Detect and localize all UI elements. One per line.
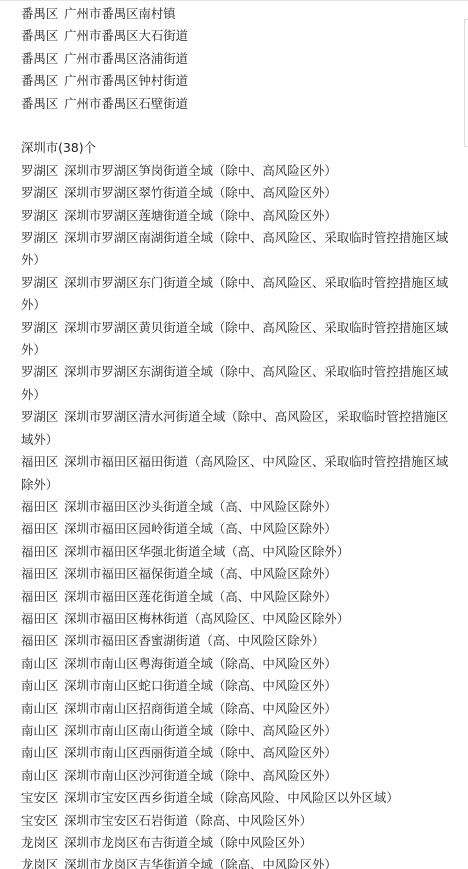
area-text: 深圳市福田区梅林街道（高风险区、中风险区除外）: [64, 611, 349, 626]
district-label: 番禺区: [21, 6, 58, 21]
district-label: 南山区: [21, 768, 58, 783]
district-label: 罗湖区: [21, 409, 58, 424]
list-item: 福田区深圳市福田区莲花街道全域（高、中风险区除外）: [21, 586, 451, 608]
list-item: 福田区深圳市福田区梅林街道（高风险区、中风险区除外）: [21, 608, 451, 630]
list-item: 南山区深圳市南山区招商街道全域（除高、中风险区外）: [21, 698, 451, 720]
area-text: 深圳市罗湖区东湖街道全域（除中、高风险区、采取临时管控措施区域外）: [21, 364, 448, 401]
district-label: 罗湖区: [21, 163, 58, 178]
district-label: 南山区: [21, 701, 58, 716]
list-item: 南山区深圳市南山区沙河街道全域（除中、高风险区外）: [21, 765, 451, 787]
district-label: 南山区: [21, 723, 58, 738]
area-text: 深圳市福田区园岭街道全域（高、中风险区除外）: [64, 521, 337, 536]
list-item: 罗湖区深圳市罗湖区翠竹街道全域（除中、高风险区外）: [21, 182, 451, 204]
area-text: 深圳市福田区华强北街道全域（高、中风险区除外）: [64, 544, 349, 559]
area-text: 深圳市南山区蛇口街道全域（除高、中风险区外）: [64, 678, 337, 693]
district-label: 罗湖区: [21, 320, 58, 335]
list-item: 罗湖区深圳市罗湖区清水河街道全域（除中、高风险区，采取临时管控措施区域外）: [21, 406, 451, 451]
document-body: 番禺区广州市番禺区南村镇番禺区广州市番禺区大石街道番禺区广州市番禺区洛浦街道番禺…: [21, 3, 451, 869]
list-item: 南山区深圳市南山区粤海街道全域（除高、中风险区外）: [21, 653, 451, 675]
area-text: 深圳市宝安区石岩街道（除高、中风险区外）: [64, 813, 312, 828]
area-text: 广州市番禺区洛浦街道: [64, 51, 188, 66]
area-text: 深圳市罗湖区莲塘街道全域（除中、高风险区外）: [64, 208, 337, 223]
area-text: 深圳市龙岗区布吉街道全域（除中风险区外）: [64, 835, 312, 850]
district-label: 南山区: [21, 656, 58, 671]
district-label: 福田区: [21, 499, 58, 514]
area-text: 深圳市福田区福田街道（高风险区、中风险区、采取临时管控措施区域除外）: [21, 454, 448, 491]
section-gap: [21, 115, 451, 137]
district-label: 福田区: [21, 566, 58, 581]
area-text: 深圳市罗湖区笋岗街道全域（除中、高风险区外）: [64, 163, 337, 178]
district-label: 龙岗区: [21, 857, 58, 869]
list-item: 罗湖区深圳市罗湖区东湖街道全域（除中、高风险区、采取临时管控措施区域外）: [21, 361, 451, 406]
list-item: 龙岗区深圳市龙岗区吉华街道全域（除高、中风险区外）: [21, 854, 451, 869]
area-text: 深圳市龙岗区吉华街道全域（除高、中风险区外）: [64, 857, 337, 869]
area-text: 深圳市宝安区西乡街道全域（除高风险、中风险区以外区域）: [64, 790, 399, 805]
district-label: 宝安区: [21, 790, 58, 805]
list-item: 福田区深圳市福田区华强北街道全域（高、中风险区除外）: [21, 541, 451, 563]
list-item: 罗湖区深圳市罗湖区莲塘街道全域（除中、高风险区外）: [21, 205, 451, 227]
district-label: 南山区: [21, 745, 58, 760]
list-item: 罗湖区深圳市罗湖区东门街道全域（除中、高风险区、采取临时管控措施区域外）: [21, 272, 451, 317]
top-divider: [0, 0, 468, 1]
district-label: 番禺区: [21, 28, 58, 43]
area-text: 深圳市福田区香蜜湖街道（高、中风险区除外）: [64, 633, 324, 648]
district-label: 福田区: [21, 633, 58, 648]
district-label: 福田区: [21, 589, 58, 604]
area-text: 深圳市罗湖区翠竹街道全域（除中、高风险区外）: [64, 185, 337, 200]
list-item: 福田区深圳市福田区福田街道（高风险区、中风险区、采取临时管控措施区域除外）: [21, 451, 451, 496]
area-text: 深圳市南山区粤海街道全域（除高、中风险区外）: [64, 656, 337, 671]
district-label: 福田区: [21, 544, 58, 559]
district-label: 罗湖区: [21, 208, 58, 223]
district-label: 罗湖区: [21, 275, 58, 290]
list-item: 罗湖区深圳市罗湖区笋岗街道全域（除中、高风险区外）: [21, 160, 451, 182]
list-item: 番禺区广州市番禺区洛浦街道: [21, 48, 451, 70]
district-label: 龙岗区: [21, 835, 58, 850]
area-text: 广州市番禺区南村镇: [64, 6, 176, 21]
district-label: 番禺区: [21, 51, 58, 66]
list-item: 番禺区广州市番禺区钟村街道: [21, 70, 451, 92]
list-item: 南山区深圳市南山区南山街道全域（除中、高风险区外）: [21, 720, 451, 742]
district-label: 番禺区: [21, 96, 58, 111]
district-label: 南山区: [21, 678, 58, 693]
district-label: 罗湖区: [21, 230, 58, 245]
area-text: 深圳市罗湖区清水河街道全域（除中、高风险区，采取临时管控措施区域外）: [21, 409, 448, 446]
district-label: 福田区: [21, 521, 58, 536]
area-text: 广州市番禺区大石街道: [64, 28, 188, 43]
list-item: 福田区深圳市福田区福保街道全域（高、中风险区除外）: [21, 563, 451, 585]
list-item: 福田区深圳市福田区沙头街道全域（高、中风险区除外）: [21, 496, 451, 518]
area-text: 深圳市福田区莲花街道全域（高、中风险区除外）: [64, 589, 337, 604]
side-panel-edge: [464, 19, 468, 147]
list-item: 罗湖区深圳市罗湖区南湖街道全域（除中、高风险区、采取临时管控措施区域外）: [21, 227, 451, 272]
list-item: 番禺区广州市番禺区大石街道: [21, 25, 451, 47]
area-text: 深圳市罗湖区南湖街道全域（除中、高风险区、采取临时管控措施区域外）: [21, 230, 448, 267]
guangzhou-panyu-list: 番禺区广州市番禺区南村镇番禺区广州市番禺区大石街道番禺区广州市番禺区洛浦街道番禺…: [21, 3, 451, 115]
list-item: 福田区深圳市福田区园岭街道全域（高、中风险区除外）: [21, 518, 451, 540]
list-item: 南山区深圳市南山区西丽街道全域（除中、高风险区外）: [21, 742, 451, 764]
area-text: 深圳市南山区招商街道全域（除高、中风险区外）: [64, 701, 337, 716]
area-text: 深圳市福田区福保街道全域（高、中风险区除外）: [64, 566, 337, 581]
list-item: 罗湖区深圳市罗湖区黄贝街道全域（除中、高风险区、采取临时管控措施区域外）: [21, 317, 451, 362]
list-item: 龙岗区深圳市龙岗区布吉街道全域（除中风险区外）: [21, 832, 451, 854]
shenzhen-list: 罗湖区深圳市罗湖区笋岗街道全域（除中、高风险区外）罗湖区深圳市罗湖区翠竹街道全域…: [21, 160, 451, 869]
list-item: 福田区深圳市福田区香蜜湖街道（高、中风险区除外）: [21, 630, 451, 652]
list-item: 番禺区广州市番禺区石壁街道: [21, 93, 451, 115]
area-text: 深圳市罗湖区黄贝街道全域（除中、高风险区、采取临时管控措施区域外）: [21, 320, 448, 357]
list-item: 宝安区深圳市宝安区西乡街道全域（除高风险、中风险区以外区域）: [21, 787, 451, 809]
district-label: 福田区: [21, 454, 58, 469]
list-item: 南山区深圳市南山区蛇口街道全域（除高、中风险区外）: [21, 675, 451, 697]
area-text: 深圳市罗湖区东门街道全域（除中、高风险区、采取临时管控措施区域外）: [21, 275, 448, 312]
district-label: 宝安区: [21, 813, 58, 828]
area-text: 深圳市南山区西丽街道全域（除中、高风险区外）: [64, 745, 337, 760]
area-text: 深圳市南山区南山街道全域（除中、高风险区外）: [64, 723, 337, 738]
district-label: 罗湖区: [21, 185, 58, 200]
area-text: 深圳市南山区沙河街道全域（除中、高风险区外）: [64, 768, 337, 783]
shenzhen-heading: 深圳市(38)个: [21, 137, 451, 159]
area-text: 广州市番禺区钟村街道: [64, 73, 188, 88]
area-text: 深圳市福田区沙头街道全域（高、中风险区除外）: [64, 499, 337, 514]
district-label: 番禺区: [21, 73, 58, 88]
district-label: 福田区: [21, 611, 58, 626]
list-item: 宝安区深圳市宝安区石岩街道（除高、中风险区外）: [21, 810, 451, 832]
area-text: 广州市番禺区石壁街道: [64, 96, 188, 111]
district-label: 罗湖区: [21, 364, 58, 379]
list-item: 番禺区广州市番禺区南村镇: [21, 3, 451, 25]
